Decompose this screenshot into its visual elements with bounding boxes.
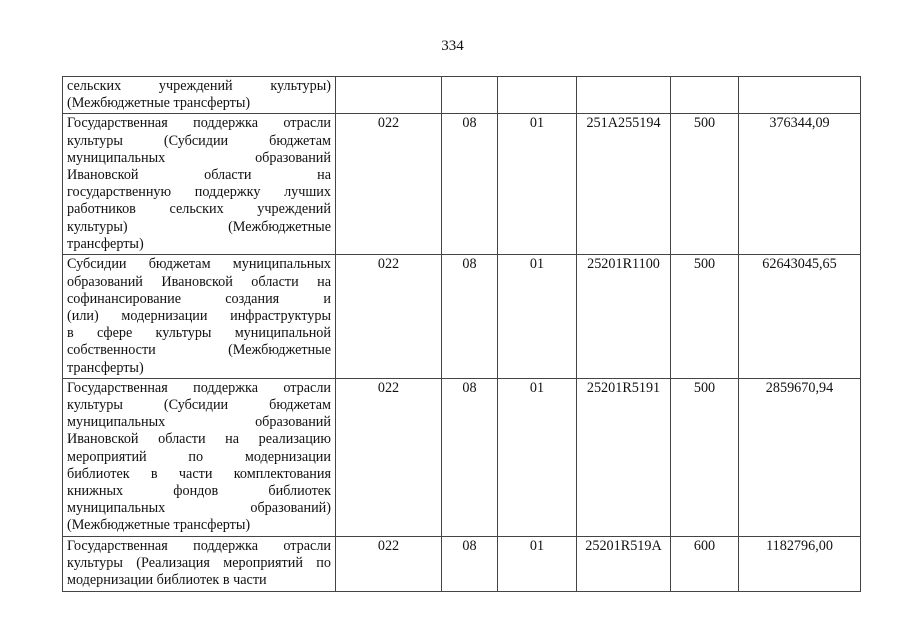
description-cell: Государственная поддержка отрасликультур… (63, 378, 336, 536)
table-row: сельских учреждений культуры)(Межбюджетн… (63, 77, 861, 114)
target-article-code-cell: 25201R1100 (577, 255, 671, 378)
description-line: Ивановской области на реализацию (67, 431, 331, 448)
description-line: собственности (Межбюджетные (67, 342, 331, 359)
amount-cell: 1182796,00 (739, 536, 861, 591)
section-code-cell: 08 (442, 114, 498, 255)
expense-type-code-cell: 500 (671, 255, 739, 378)
description-line: софинансирование создания и (67, 291, 331, 308)
ministry-code-cell (336, 77, 442, 114)
expense-type-code-cell (671, 77, 739, 114)
subsection-code-cell (498, 77, 577, 114)
description-cell: Государственная поддержка отрасликультур… (63, 114, 336, 255)
expense-type-code-cell: 600 (671, 536, 739, 591)
section-code-cell: 08 (442, 378, 498, 536)
amount-cell: 376344,09 (739, 114, 861, 255)
description-line: в сфере культуры муниципальной (67, 325, 331, 342)
target-article-code-cell: 251A255194 (577, 114, 671, 255)
description-cell: сельских учреждений культуры)(Межбюджетн… (63, 77, 336, 114)
target-article-code-cell: 25201R5191 (577, 378, 671, 536)
description-line: книжных фондов библиотек (67, 483, 331, 500)
table-row: Государственная поддержка отрасликультур… (63, 536, 861, 591)
description-line: муниципальных образований) (67, 500, 331, 517)
description-line: (Межбюджетные трансферты) (67, 95, 331, 112)
section-code-cell: 08 (442, 536, 498, 591)
section-code-cell: 08 (442, 255, 498, 378)
description-line: модернизации библиотек в части (67, 572, 331, 589)
description-line: муниципальных образований (67, 414, 331, 431)
description-line: государственную поддержку лучших (67, 184, 331, 201)
expense-type-code-cell: 500 (671, 378, 739, 536)
description-line: сельских учреждений культуры) (67, 78, 331, 95)
expense-type-code-cell: 500 (671, 114, 739, 255)
description-line: Субсидии бюджетам муниципальных (67, 256, 331, 273)
target-article-code-cell (577, 77, 671, 114)
amount-cell: 62643045,65 (739, 255, 861, 378)
ministry-code-cell: 022 (336, 255, 442, 378)
description-line: Государственная поддержка отрасли (67, 380, 331, 397)
description-line: образований Ивановской области на (67, 274, 331, 291)
description-line: культуры (Субсидии бюджетам (67, 397, 331, 414)
page-number: 334 (0, 38, 905, 55)
target-article-code-cell: 25201R519A (577, 536, 671, 591)
description-line: (или) модернизации инфраструктуры (67, 308, 331, 325)
table-row: Субсидии бюджетам муниципальныхобразован… (63, 255, 861, 378)
description-line: культуры (Субсидии бюджетам (67, 133, 331, 150)
amount-cell: 2859670,94 (739, 378, 861, 536)
description-line: Государственная поддержка отрасли (67, 538, 331, 555)
subsection-code-cell: 01 (498, 114, 577, 255)
ministry-code-cell: 022 (336, 536, 442, 591)
description-cell: Субсидии бюджетам муниципальныхобразован… (63, 255, 336, 378)
subsection-code-cell: 01 (498, 378, 577, 536)
description-line: библиотек в части комплектования (67, 466, 331, 483)
amount-cell (739, 77, 861, 114)
budget-table: сельских учреждений культуры)(Межбюджетн… (62, 76, 861, 592)
description-line: культуры) (Межбюджетные (67, 219, 331, 236)
table-row: Государственная поддержка отрасликультур… (63, 378, 861, 536)
description-line: Государственная поддержка отрасли (67, 115, 331, 132)
description-line: трансферты) (67, 360, 331, 377)
subsection-code-cell: 01 (498, 255, 577, 378)
ministry-code-cell: 022 (336, 114, 442, 255)
description-line: мероприятий по модернизации (67, 449, 331, 466)
description-line: культуры (Реализация мероприятий по (67, 555, 331, 572)
description-line: муниципальных образований (67, 150, 331, 167)
description-cell: Государственная поддержка отрасликультур… (63, 536, 336, 591)
subsection-code-cell: 01 (498, 536, 577, 591)
description-line: Ивановской области на (67, 167, 331, 184)
table-row: Государственная поддержка отрасликультур… (63, 114, 861, 255)
ministry-code-cell: 022 (336, 378, 442, 536)
description-line: работников сельских учреждений (67, 201, 331, 218)
description-line: (Межбюджетные трансферты) (67, 517, 331, 534)
description-line: трансферты) (67, 236, 331, 253)
section-code-cell (442, 77, 498, 114)
